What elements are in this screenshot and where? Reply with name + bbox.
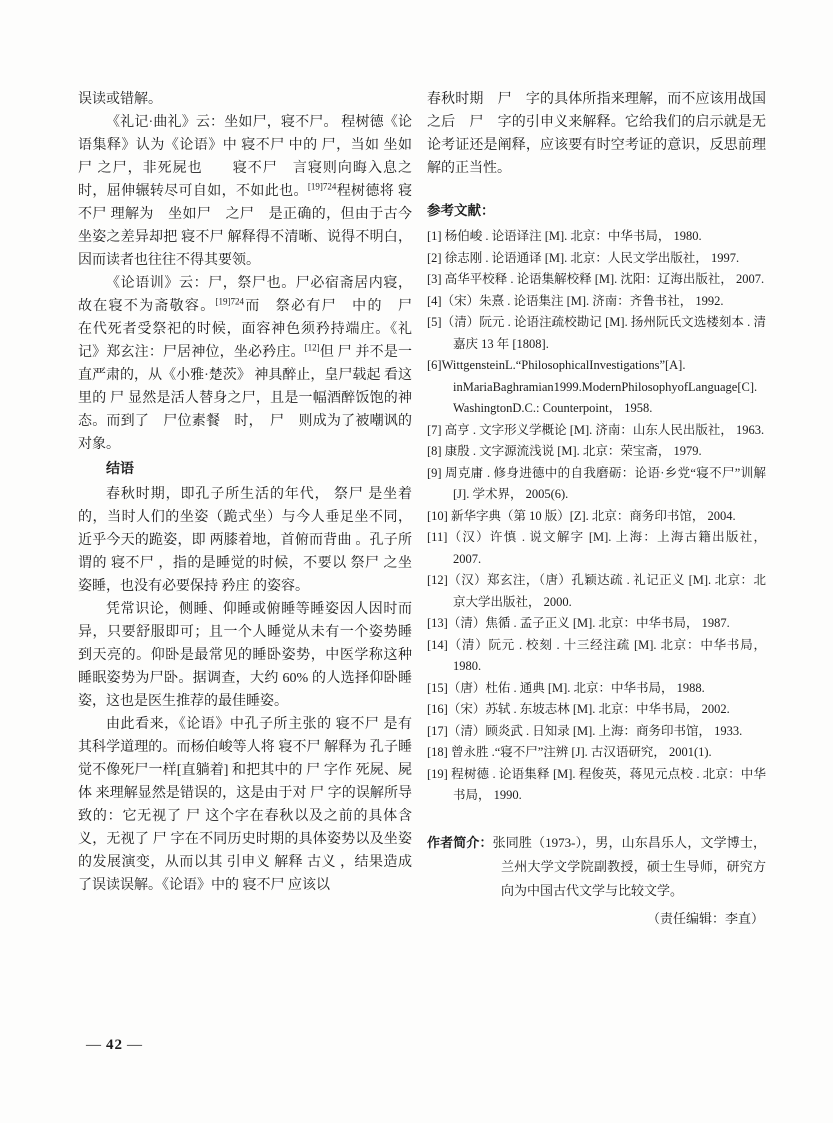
citation-superscript: [19]724 bbox=[308, 181, 337, 191]
paragraph-liji-quote: 《礼记·曲礼》云：坐如尸，寝不尸。 程树德《论语集释》认为《论语》中 寝不尸 中… bbox=[78, 111, 412, 272]
author-bio: 作者简介：张同胜（1973-），男，山东昌乐人，文学博士，兰州大学文学院副教授，… bbox=[427, 831, 766, 903]
citation-superscript: [19]724 bbox=[215, 296, 244, 306]
paragraph-changshi: 凭常识论，侧睡、仰睡或俯睡等睡姿因人因时而异，只要舒服即可；且一个人睡觉从未有一… bbox=[78, 598, 412, 713]
reference-item: [17]（清）顾炎武 . 日知录 [M]. 上海：商务印书馆， 1933. bbox=[427, 721, 766, 743]
page-number: —42— bbox=[86, 1035, 143, 1055]
author-bio-label: 作者简介： bbox=[427, 835, 493, 850]
paragraph-lunyuxun-quote: 《论语训》云：尸，祭尸也。尸必宿斋居内寝，故在寝不为斋敬容。[19]724而 祭… bbox=[78, 272, 412, 456]
reference-item: [12]（汉）郑玄注，（唐）孔颖达疏 . 礼记正义 [M]. 北京：北京大学出版… bbox=[427, 570, 766, 613]
reference-item: [13]（清）焦循 . 孟子正义 [M]. 北京：中华书局， 1987. bbox=[427, 613, 766, 635]
page-number-dash-left: — bbox=[86, 1037, 102, 1053]
paragraph-continuation: 误读或错解。 bbox=[78, 88, 412, 111]
reference-item: [10] 新华字典（第 10 版）[Z]. 北京：商务印书馆， 2004. bbox=[427, 506, 766, 528]
paragraph-chunqiu: 春秋时期，即孔子所生活的年代， 祭尸 是坐着的，当时人们的坐姿（跪式坐）与今人垂… bbox=[78, 483, 412, 598]
reference-item: [5]（清）阮元 . 论语注疏校勘记 [M]. 扬州阮氏文选楼刻本 . 清嘉庆 … bbox=[427, 312, 766, 355]
two-column-layout: 误读或错解。 《礼记·曲礼》云：坐如尸，寝不尸。 程树德《论语集释》认为《论语》… bbox=[78, 88, 766, 931]
reference-item: [2] 徐志刚 . 论语通译 [M]. 北京：人民文学出版社， 1997. bbox=[427, 248, 766, 270]
reference-item: [1] 杨伯峻 . 论语译注 [M]. 北京：中华书局， 1980. bbox=[427, 226, 766, 248]
left-column: 误读或错解。 《礼记·曲礼》云：坐如尸，寝不尸。 程树德《论语集释》认为《论语》… bbox=[78, 88, 412, 931]
paragraph-youci: 由此看来，《论语》中孔子所主张的 寝不尸 是有其科学道理的。而杨伯峻等人将 寝不… bbox=[78, 713, 412, 897]
reference-item: [15]（唐）杜佑 . 通典 [M]. 北京：中华书局， 1988. bbox=[427, 678, 766, 700]
reference-item: [6]WittgensteinL.“PhilosophicalInvestiga… bbox=[427, 355, 766, 420]
reference-item: [18] 曾永胜 .“寝不尸”注辨 [J]. 古汉语研究， 2001(1). bbox=[427, 742, 766, 764]
reference-item: [11]（汉）许慎 . 说文解字 [M]. 上海：上海古籍出版社， 2007. bbox=[427, 527, 766, 570]
references-list: [1] 杨伯峻 . 论语译注 [M]. 北京：中华书局， 1980. [2] 徐… bbox=[427, 226, 766, 807]
reference-item: [9] 周克庸 . 修身进德中的自我磨砺：论语·乡党“寝不尸”训解 [J]. 学… bbox=[427, 463, 766, 506]
paragraph-text: 但 尸 并不是一直严肃的，从《小雅·楚茨》 神具醉止，皇尸载起 看这里的 尸 显… bbox=[78, 345, 412, 452]
reference-item: [3] 高华平校释 . 论语集解校释 [M]. 沈阳：辽海出版社， 2007. bbox=[427, 269, 766, 291]
reference-item: [8] 康殷 . 文字源流浅说 [M]. 北京：荣宝斋， 1979. bbox=[427, 441, 766, 463]
section-heading-conclusion: 结语 bbox=[78, 456, 412, 483]
page-number-value: 42 bbox=[102, 1037, 127, 1053]
right-column: 春秋时期 尸 字的具体所指来理解，而不应该用战国之后 尸 字的引申义来解释。它给… bbox=[427, 88, 766, 931]
page-number-dash-right: — bbox=[127, 1037, 143, 1053]
editor-note: （责任编辑：李直） bbox=[427, 907, 766, 931]
paragraph-continuation-right: 春秋时期 尸 字的具体所指来理解，而不应该用战国之后 尸 字的引申义来解释。它给… bbox=[427, 88, 766, 180]
reference-item: [4]（宋）朱熹 . 论语集注 [M]. 济南：齐鲁书社， 1992. bbox=[427, 291, 766, 313]
reference-item: [7] 高亨 . 文字形义学概论 [M]. 济南：山东人民出版社， 1963. bbox=[427, 420, 766, 442]
author-bio-text: 张同胜（1973-），男，山东昌乐人，文学博士，兰州大学文学院副教授，硕士生导师… bbox=[493, 835, 766, 898]
citation-superscript: [12] bbox=[305, 342, 320, 352]
reference-item: [19] 程树德 . 论语集释 [M]. 程俊英，蒋见元点校 . 北京：中华书局… bbox=[427, 764, 766, 807]
paper-page: 误读或错解。 《礼记·曲礼》云：坐如尸，寝不尸。 程树德《论语集释》认为《论语》… bbox=[0, 0, 833, 1123]
reference-item: [14]（清）阮元 . 校刻 . 十三经注疏 [M]. 北京：中华书局， 198… bbox=[427, 635, 766, 678]
references-heading: 参考文献： bbox=[427, 200, 766, 222]
reference-item: [16]（宋）苏轼 . 东坡志林 [M]. 北京：中华书局， 2002. bbox=[427, 699, 766, 721]
